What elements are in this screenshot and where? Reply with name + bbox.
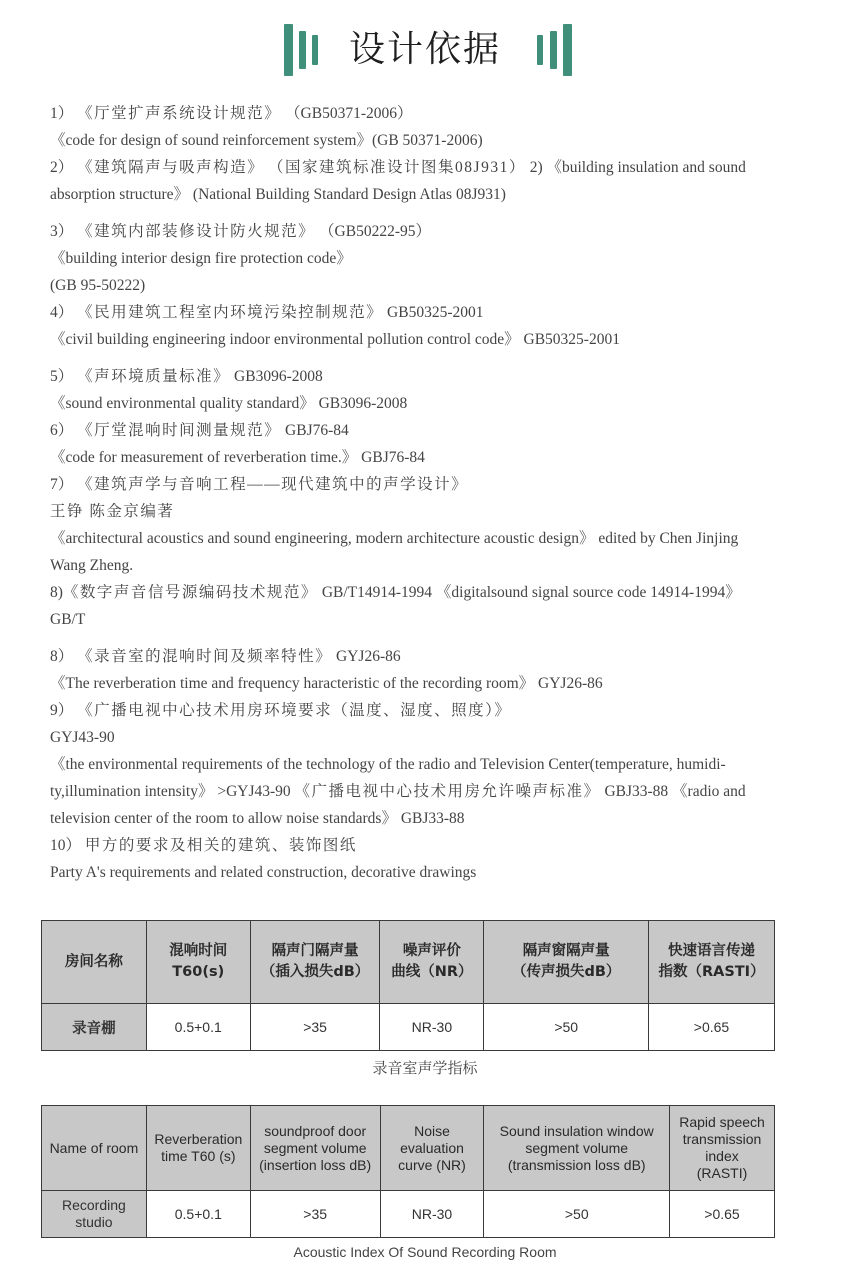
header-window-insulation: 隔声窗隔声量（传声损失dB）	[484, 921, 649, 1004]
reference-4-cn: 4） 《民用建筑工程室内环境污染控制规范》 GB50325-2001	[50, 299, 830, 326]
table-caption-cn: 录音室声学指标	[0, 1057, 850, 1078]
reference-9-en-3: television center of the room to allow n…	[50, 805, 830, 832]
reference-7-en: 《architectural acoustics and sound engin…	[50, 525, 830, 552]
cell-window-insulation: >50	[484, 1191, 670, 1238]
reference-5-en: 《sound environmental quality standard》 G…	[50, 390, 830, 417]
reference-1-cn: 1） 《厅堂扩声系统设计规范》 （GB50371-2006）	[50, 100, 830, 127]
header-noise-curve: 噪声评价曲线（NR）	[380, 921, 484, 1004]
reference-9-cn: 9） 《广播电视中心技术用房环境要求（温度、湿度、照度）》	[50, 697, 830, 724]
header-room-name: 房间名称	[42, 921, 147, 1004]
reference-3-en: 《building interior design fire protectio…	[50, 245, 830, 272]
reference-8a-cn: 8)《数字声音信号源编码技术规范》 GB/T14914-1994 《digita…	[50, 579, 830, 606]
header-door-insulation: soundproof doorsegment volume(insertion …	[250, 1106, 380, 1191]
reference-3-cn: 3） 《建筑内部装修设计防火规范》 （GB50222-95）	[50, 218, 830, 245]
cell-window-insulation: >50	[484, 1004, 649, 1051]
reference-9-en: 《the environmental requirements of the t…	[50, 751, 830, 778]
cell-door-insulation: >35	[250, 1191, 380, 1238]
cell-reverberation: 0.5+0.1	[146, 1004, 250, 1051]
reference-7-cn: 7） 《建筑声学与音响工程——现代建筑中的声学设计》	[50, 471, 830, 498]
reference-1-en: 《code for design of sound reinforcement …	[50, 127, 830, 154]
header-door-insulation: 隔声门隔声量（插入损失dB）	[250, 921, 380, 1004]
reference-9-en-2: ty,illumination intensity》 >GYJ43-90 《广播…	[50, 778, 830, 805]
header-noise-curve: Noiseevaluationcurve (NR)	[380, 1106, 484, 1191]
reference-8b-cn: 8） 《录音室的混响时间及频率特性》 GYJ26-86	[50, 643, 830, 670]
reference-8a-en: GB/T	[50, 606, 830, 633]
header-reverberation: 混响时间T60(s)	[146, 921, 250, 1004]
table-row: Recordingstudio 0.5+0.1 >35 NR-30 >50 >0…	[42, 1191, 775, 1238]
table-header-row: Name of room Reverberationtime T60 (s) s…	[42, 1106, 775, 1191]
header-reverberation: Reverberationtime T60 (s)	[146, 1106, 250, 1191]
cell-door-insulation: >35	[250, 1004, 380, 1051]
reference-list: 1） 《厅堂扩声系统设计规范》 （GB50371-2006） 《code for…	[50, 100, 830, 886]
cell-rasti: >0.65	[649, 1004, 775, 1051]
header-window-insulation: Sound insulation windowsegment volume(tr…	[484, 1106, 670, 1191]
reference-10-en: Party A's requirements and related const…	[50, 859, 830, 886]
reference-5-cn: 5） 《声环境质量标准》 GB3096-2008	[50, 363, 830, 390]
reference-8b-en: 《The reverberation time and frequency ha…	[50, 670, 830, 697]
cell-rasti: >0.65	[670, 1191, 775, 1238]
page-header: 设计依据	[0, 22, 850, 78]
cell-room-name: 录音棚	[42, 1004, 147, 1051]
reference-6-en: 《code for measurement of reverberation t…	[50, 444, 830, 471]
reference-7-en-authors: Wang Zheng.	[50, 552, 830, 579]
cell-reverberation: 0.5+0.1	[146, 1191, 250, 1238]
cell-noise-curve: NR-30	[380, 1004, 484, 1051]
table-caption-en: Acoustic Index Of Sound Recording Room	[0, 1244, 850, 1260]
cell-room-name: Recordingstudio	[42, 1191, 147, 1238]
header-rasti: Rapid speechtransmissionindex(RASTI)	[670, 1106, 775, 1191]
header-room-name: Name of room	[42, 1106, 147, 1191]
table-row: 录音棚 0.5+0.1 >35 NR-30 >50 >0.65	[42, 1004, 775, 1051]
reference-4-en: 《civil building engineering indoor envir…	[50, 326, 830, 353]
reference-2-cn: 2） 《建筑隔声与吸声构造》 （国家建筑标准设计图集08J931） 2) 《bu…	[50, 154, 830, 181]
reference-7-authors: 王铮 陈金京编著	[50, 498, 830, 525]
reference-10-cn: 10） 甲方的要求及相关的建筑、装饰图纸	[50, 832, 830, 859]
reference-6-cn: 6） 《厅堂混响时间测量规范》 GBJ76-84	[50, 417, 830, 444]
page-title: 设计依据	[0, 26, 850, 74]
reference-3-en-code: (GB 95-50222)	[50, 272, 830, 299]
acoustic-index-table-en: Name of room Reverberationtime T60 (s) s…	[41, 1105, 775, 1238]
header-rasti: 快速语言传递指数（RASTI）	[649, 921, 775, 1004]
reference-2-en: absorption structure》 (National Building…	[50, 181, 830, 208]
table-header-row: 房间名称 混响时间T60(s) 隔声门隔声量（插入损失dB） 噪声评价曲线（NR…	[42, 921, 775, 1004]
reference-9-code: GYJ43-90	[50, 724, 830, 751]
cell-noise-curve: NR-30	[380, 1191, 484, 1238]
acoustic-index-table-cn: 房间名称 混响时间T60(s) 隔声门隔声量（插入损失dB） 噪声评价曲线（NR…	[41, 920, 775, 1051]
